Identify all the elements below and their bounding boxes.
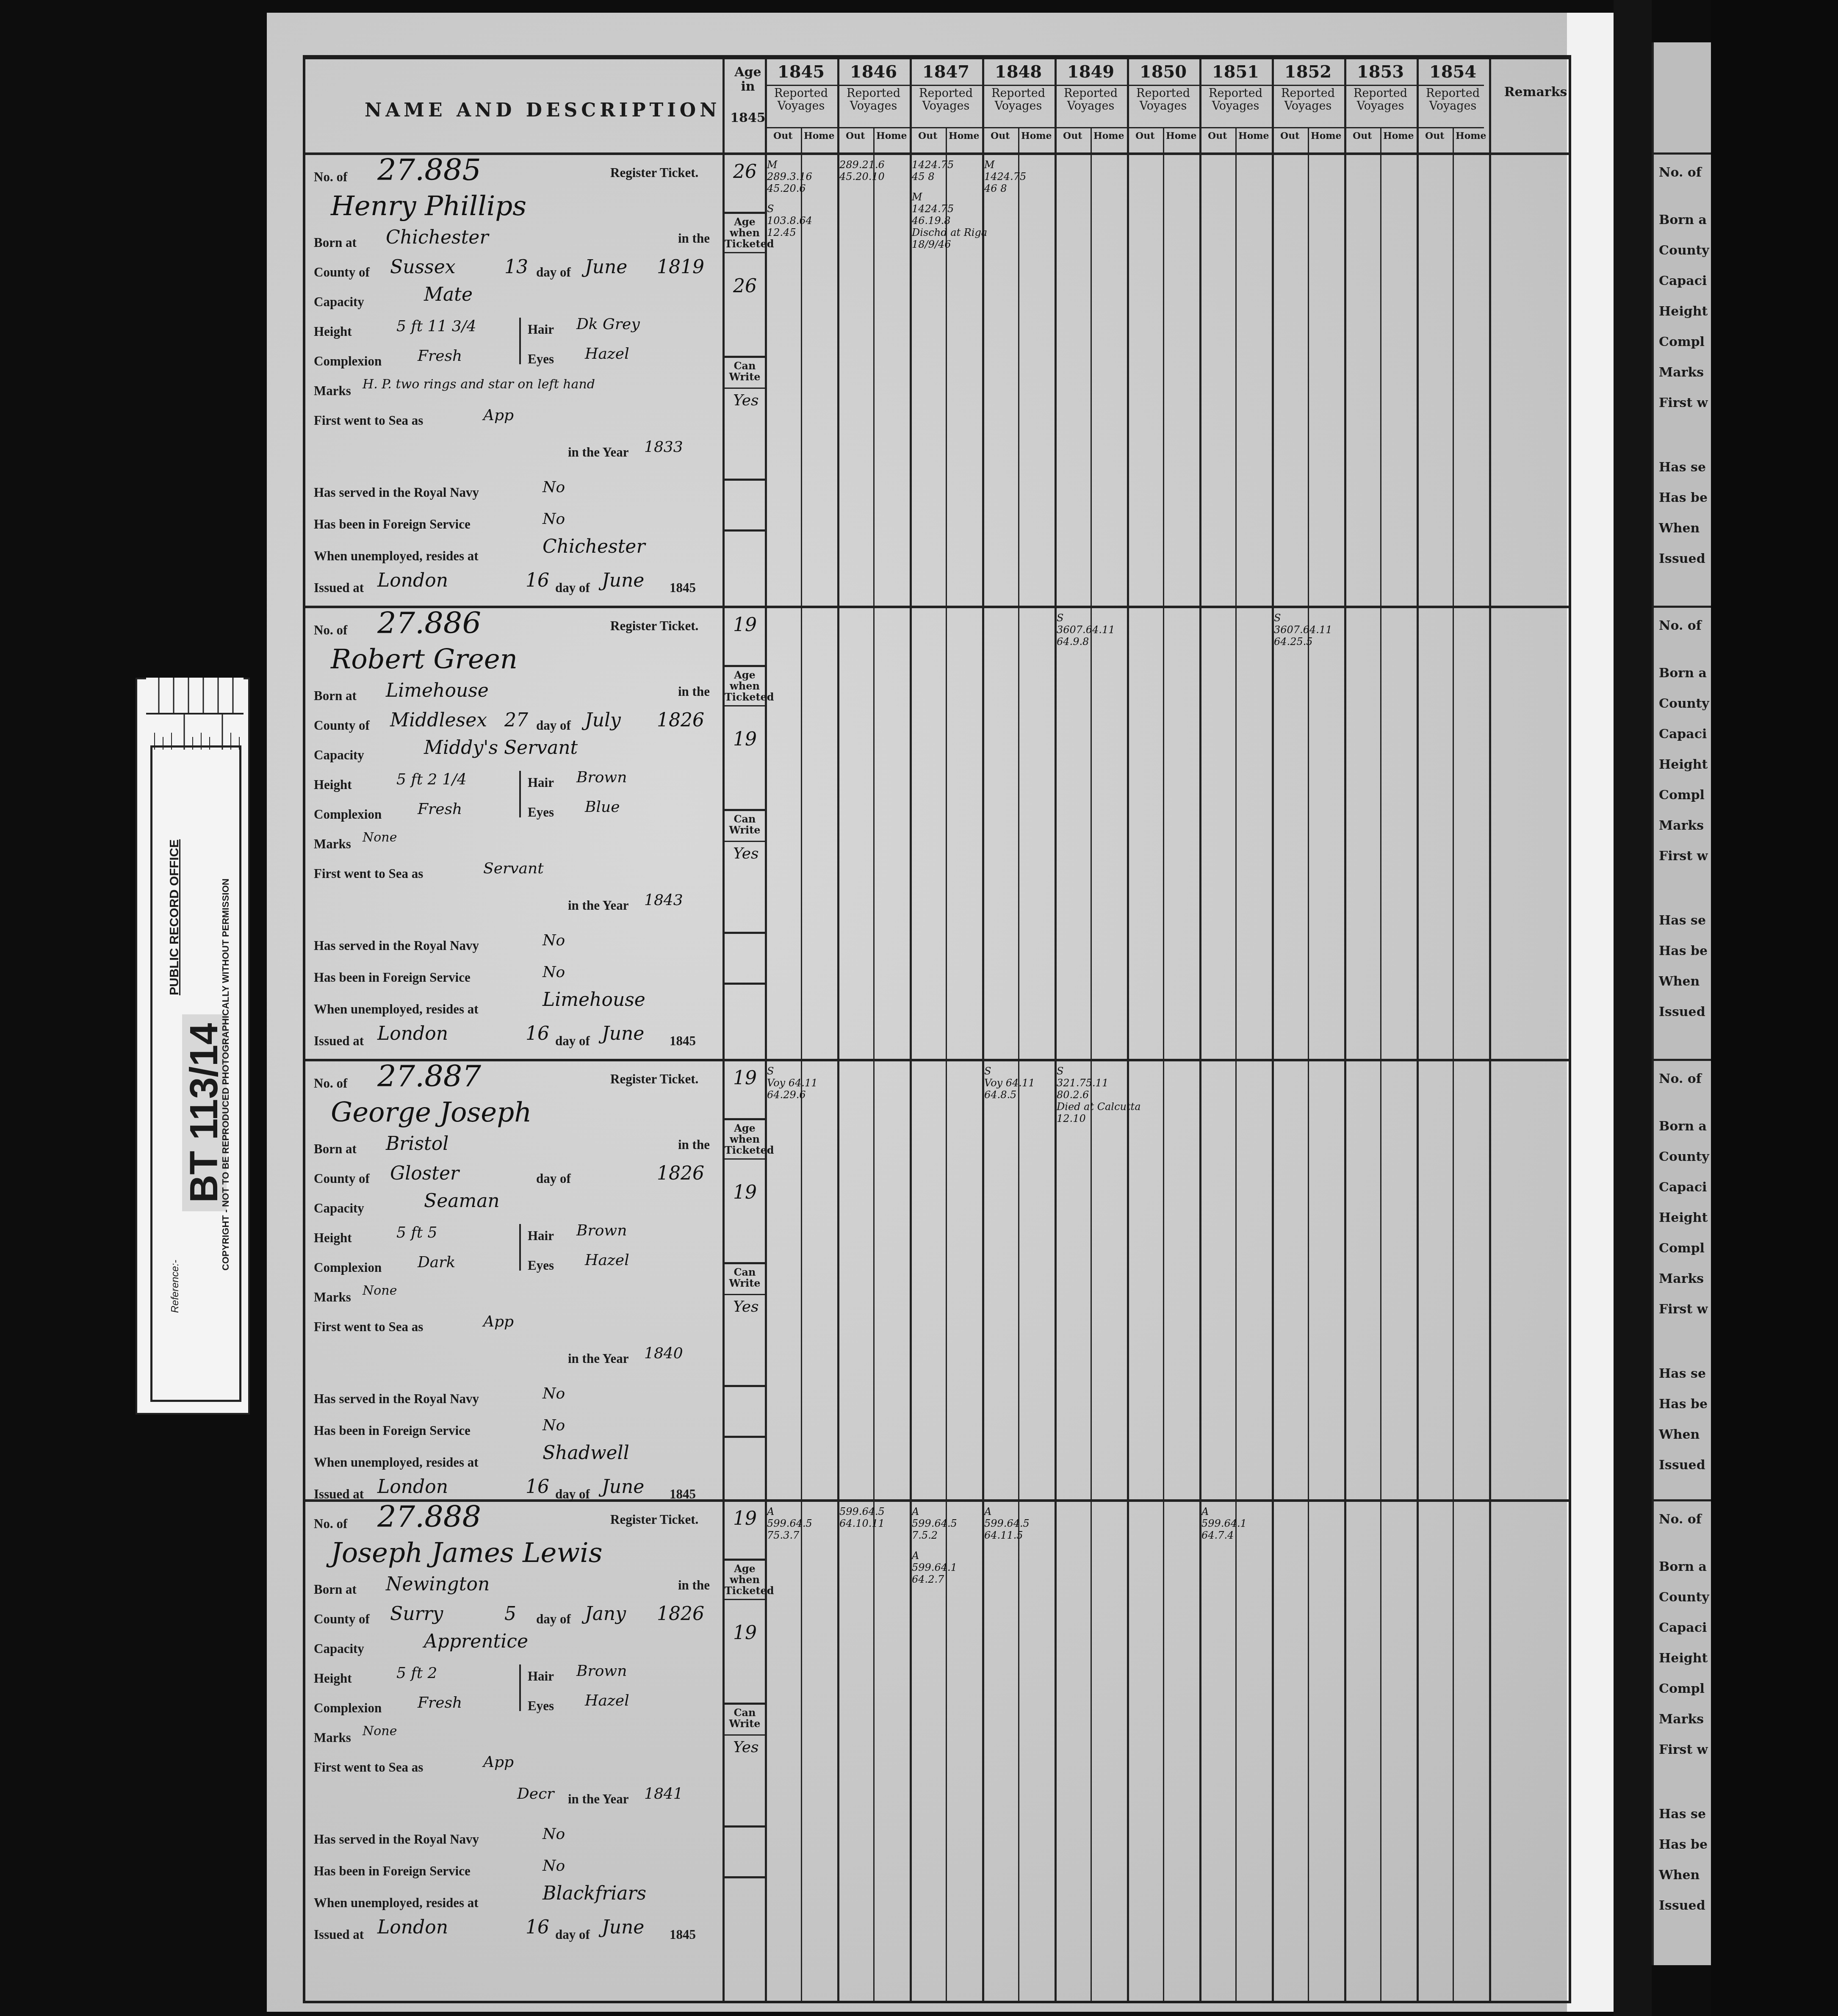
adjacent-page-label: Marks [1659, 818, 1704, 833]
birth-year: 1819 [657, 256, 704, 278]
out-label: Out [765, 130, 801, 141]
year-label: 1852 [1272, 62, 1344, 82]
residence-value: Limehouse [543, 989, 645, 1011]
reported-voyages-label: Reported Voyages [1055, 87, 1127, 113]
can-write-value: Yes [733, 1298, 758, 1315]
voyage-entry: S Voy 64.11 64.29.6 [767, 1065, 817, 1101]
adjacent-page-label: Height [1659, 1210, 1708, 1225]
height-value: 5 ft 5 [396, 1224, 437, 1241]
adjacent-page-label: When [1659, 521, 1700, 536]
reported-voyages-label: Reported Voyages [982, 87, 1055, 113]
residence-value: Shadwell [543, 1442, 629, 1464]
reference-label: Reference:- [169, 1260, 181, 1313]
seaman-name: Joseph James Lewis [331, 1537, 602, 1569]
first-month: Decr [517, 1785, 554, 1803]
copyright-notice: COPYRIGHT - NOT TO BE REPRODUCED PHOTOGR… [220, 878, 231, 1271]
adjacent-page-label: Born a [1659, 1559, 1707, 1574]
reported-voyages-label: Reported Voyages [837, 87, 910, 113]
voyage-entry: S 3607.64.11 64.9.8 [1057, 612, 1115, 648]
out-label: Out [1272, 130, 1308, 141]
year-label: 1847 [910, 62, 982, 82]
height-value: 5 ft 2 1/4 [396, 771, 467, 788]
hair-value: Dk Grey [576, 316, 640, 333]
royal-navy-value: No [543, 1825, 565, 1843]
age-when-ticketed: 26 [733, 275, 757, 297]
adjacent-page-label: Has be [1659, 490, 1708, 505]
first-capacity: App [483, 1313, 514, 1330]
year-column-header-1848: 1848 Reported Voyages OutHome [982, 59, 1055, 152]
birth-year: 1826 [657, 709, 704, 731]
foreign-service-value: No [543, 1417, 565, 1434]
residence-value: Chichester [543, 536, 645, 557]
year-label: 1854 [1417, 62, 1489, 82]
page-edge [1567, 13, 1614, 2012]
marks-value: H. P. two rings and star on left hand [363, 377, 595, 392]
public-record-office-label: PUBLIC RECORD OFFICE [167, 839, 182, 995]
birth-day: 5 [504, 1603, 516, 1625]
year-column-header-1851: 1851 Reported Voyages OutHome [1199, 59, 1272, 152]
issued-day: 16 [526, 1476, 549, 1498]
reported-voyages-label: Reported Voyages [910, 87, 982, 113]
issued-day: 16 [526, 1023, 549, 1044]
home-label: Home [946, 130, 983, 141]
birth-year: 1826 [657, 1163, 704, 1184]
year-label: 1851 [1199, 62, 1272, 82]
adjacent-page-label: Has se [1659, 913, 1706, 928]
adjacent-page-label: Compl [1659, 788, 1705, 803]
complexion-value: Fresh [418, 800, 462, 818]
adjacent-page-label: First w [1659, 396, 1708, 410]
county: Middlesex [390, 709, 487, 731]
adjacent-page-label: County [1659, 696, 1709, 711]
first-capacity: App [483, 407, 514, 424]
remarks-header: Remarks [1500, 85, 1572, 100]
issued-place: London [377, 1476, 448, 1498]
adjacent-page-label: Marks [1659, 1712, 1704, 1727]
age-column-header: Age in 1845 [729, 65, 767, 125]
out-label: Out [910, 130, 946, 141]
hair-value: Brown [576, 1222, 627, 1239]
reported-voyages-label: Reported Voyages [765, 87, 837, 113]
seaman-name: Robert Green [331, 644, 518, 675]
can-write-value: Yes [733, 392, 758, 409]
register-table: NAME AND DESCRIPTION Age in 1845 1845 Re… [303, 55, 1571, 2003]
birth-year: 1826 [657, 1603, 704, 1625]
reported-voyages-label: Reported Voyages [1127, 87, 1199, 113]
year-column-header-1854: 1854 Reported Voyages OutHome [1417, 59, 1489, 152]
adjacent-page-label: Height [1659, 1651, 1708, 1666]
home-label: Home [801, 130, 838, 141]
ticket-number: 27.885 [377, 152, 481, 187]
capacity-value: Mate [424, 284, 473, 305]
adjacent-page-label: Capaci [1659, 1180, 1707, 1195]
adjacent-page-label: No. of [1659, 1512, 1702, 1527]
adjacent-page-label: Height [1659, 304, 1708, 319]
adjacent-page-label: Marks [1659, 365, 1704, 380]
adjacent-page-label: When [1659, 1427, 1700, 1442]
voyage-entry: S Voy 64.11 64.8.5 [984, 1065, 1035, 1101]
adjacent-page-label: Compl [1659, 335, 1705, 349]
issued-year: 1845 [670, 1927, 696, 1942]
adjacent-page-label: No. of [1659, 165, 1702, 180]
capacity-value: Middy's Servant [424, 737, 578, 759]
home-label: Home [1019, 130, 1055, 141]
county: Surry [390, 1603, 443, 1625]
adjacent-page-label: Has be [1659, 1397, 1708, 1412]
issued-place: London [377, 1023, 448, 1044]
voyage-entry: S 103.8.64 12.45 [767, 203, 812, 238]
complexion-value: Fresh [418, 1694, 462, 1711]
birthplace: Limehouse [386, 680, 489, 701]
age-1845: 26 [733, 161, 757, 183]
voyage-entry: 289.21.6 45.20.10 [839, 159, 885, 183]
year-column-header-1849: 1849 Reported Voyages OutHome [1055, 59, 1127, 152]
first-year: 1840 [644, 1345, 683, 1362]
issued-place: London [377, 1916, 448, 1938]
adjacent-page-label: No. of [1659, 618, 1702, 633]
year-column-header-1853: 1853 Reported Voyages OutHome [1344, 59, 1417, 152]
voyage-entry: A 599.64.1 64.7.4 [1201, 1506, 1247, 1541]
adjacent-page-label: Born a [1659, 666, 1707, 681]
can-write-value: Yes [733, 1739, 758, 1756]
issued-day: 16 [526, 570, 549, 591]
issued-month: June [602, 1476, 644, 1498]
capacity-value: Apprentice [424, 1631, 528, 1652]
birthplace: Chichester [386, 227, 488, 248]
adjacent-page-label: Issued [1659, 1005, 1705, 1019]
voyage-entry: A 599.64.5 64.11.5 [984, 1506, 1030, 1541]
foreign-service-value: No [543, 510, 565, 528]
age-when-ticketed: 19 [733, 728, 757, 750]
year-label: 1846 [837, 62, 910, 82]
voyage-entry: S 3607.64.11 64.25.5 [1274, 612, 1332, 648]
birth-day: 13 [504, 256, 528, 278]
year-column-header-1850: 1850 Reported Voyages OutHome [1127, 59, 1199, 152]
birthplace: Bristol [386, 1133, 448, 1155]
birth-month: Jany [585, 1603, 626, 1625]
reported-voyages-label: Reported Voyages [1344, 87, 1417, 113]
birth-month: June [585, 256, 627, 278]
out-label: Out [1199, 130, 1236, 141]
adjacent-page-label: No. of [1659, 1072, 1702, 1086]
issued-year: 1845 [670, 580, 696, 595]
can-write-label: Can Write [725, 1267, 765, 1289]
first-year: 1833 [644, 438, 683, 456]
reported-voyages-label: Reported Voyages [1272, 87, 1344, 113]
seaman-name: Henry Phillips [331, 191, 526, 222]
issued-year: 1845 [670, 1033, 696, 1049]
eyes-value: Hazel [585, 1252, 629, 1269]
out-label: Out [837, 130, 874, 141]
foreign-service-value: No [543, 1857, 565, 1875]
first-year: 1843 [644, 892, 683, 909]
adjacent-page-label: Marks [1659, 1271, 1704, 1286]
county: Gloster [390, 1163, 459, 1184]
name-description-header: NAME AND DESCRIPTION [365, 100, 720, 121]
marks-value: None [363, 1724, 397, 1739]
out-label: Out [1055, 130, 1091, 141]
book-gutter [1614, 0, 1652, 2016]
year-column-header-1852: 1852 Reported Voyages OutHome [1272, 59, 1344, 152]
royal-navy-value: No [543, 1385, 565, 1402]
seaman-name: George Joseph [331, 1097, 531, 1128]
height-value: 5 ft 11 3/4 [396, 318, 476, 335]
complexion-value: Fresh [418, 347, 462, 365]
year-label: 1848 [982, 62, 1055, 82]
can-write-label: Can Write [725, 1707, 765, 1729]
age-when-ticketed-label: Age when Ticketed [725, 1123, 765, 1156]
out-label: Out [1344, 130, 1381, 141]
adjacent-page-label: First w [1659, 1302, 1708, 1317]
age-when-ticketed-label: Age when Ticketed [725, 216, 765, 249]
hair-value: Brown [576, 1662, 627, 1680]
first-capacity: App [483, 1753, 514, 1771]
voyage-entry: A 599.64.1 64.2.7 [912, 1550, 957, 1585]
county: Sussex [390, 256, 456, 278]
complexion-value: Dark [418, 1254, 455, 1271]
issued-place: London [377, 570, 448, 591]
hair-value: Brown [576, 769, 627, 786]
ticket-number: 27.887 [377, 1059, 481, 1094]
adjacent-page-label: Born a [1659, 1119, 1707, 1134]
scale-ruler [146, 678, 244, 750]
voyage-entry: 1424.75 45 8 [912, 159, 954, 183]
adjacent-page-label: Has se [1659, 1807, 1706, 1822]
year-label: 1850 [1127, 62, 1199, 82]
age-when-ticketed-label: Age when Ticketed [725, 1563, 765, 1596]
year-label: 1849 [1055, 62, 1127, 82]
adjacent-page-label: Has se [1659, 1366, 1706, 1381]
adjacent-page-label: Height [1659, 757, 1708, 772]
eyes-value: Blue [585, 798, 620, 816]
year-label: 1845 [765, 62, 837, 82]
home-label: Home [1308, 130, 1345, 141]
voyage-entry: M 289.3.16 45.20.6 [767, 159, 812, 194]
issued-month: June [602, 570, 644, 591]
issued-year: 1845 [670, 1487, 696, 1502]
adjacent-page-label: County [1659, 1149, 1709, 1164]
home-label: Home [874, 130, 910, 141]
residence-value: Blackfriars [543, 1883, 646, 1904]
adjacent-page-label: Issued [1659, 1898, 1705, 1913]
adjacent-page-label: Issued [1659, 551, 1705, 566]
birth-month: July [585, 709, 621, 731]
adjacent-page-label: Has be [1659, 1837, 1708, 1852]
year-column-header-1845: 1845 Reported Voyages OutHome [765, 59, 837, 152]
age-1845: 19 [733, 1067, 757, 1089]
adjacent-page-label: County [1659, 1590, 1709, 1605]
royal-navy-value: No [543, 932, 565, 949]
voyage-entry: M 1424.75 46 8 [984, 159, 1026, 194]
home-label: Home [1453, 130, 1489, 141]
voyage-entry: 599.64.5 64.10.11 [839, 1506, 885, 1529]
adjacent-page-label: Compl [1659, 1241, 1705, 1256]
out-label: Out [982, 130, 1019, 141]
adjacent-page-label: Has be [1659, 944, 1708, 958]
out-label: Out [1417, 130, 1453, 141]
marks-value: None [363, 1283, 397, 1298]
adjacent-page-label: When [1659, 974, 1700, 989]
age-when-ticketed: 19 [733, 1182, 757, 1203]
can-write-label: Can Write [725, 814, 765, 836]
ticket-number: 27.886 [377, 606, 481, 640]
home-label: Home [1381, 130, 1417, 141]
reported-voyages-label: Reported Voyages [1417, 87, 1489, 113]
voyage-entry: A 599.64.5 7.5.2 [912, 1506, 957, 1541]
birth-day: 27 [504, 709, 528, 731]
marks-value: None [363, 830, 397, 845]
age-1845: 19 [733, 1508, 757, 1529]
first-year: 1841 [644, 1785, 683, 1803]
adjacent-page-label: Capaci [1659, 1620, 1707, 1635]
issued-month: June [602, 1023, 644, 1044]
year-column-header-1846: 1846 Reported Voyages OutHome [837, 59, 910, 152]
adjacent-page-label: Issued [1659, 1458, 1705, 1473]
can-write-value: Yes [733, 845, 758, 862]
height-value: 5 ft 2 [396, 1664, 437, 1682]
age-when-ticketed: 19 [733, 1622, 757, 1644]
adjacent-page-label: When [1659, 1868, 1700, 1883]
birthplace: Newington [386, 1573, 490, 1595]
adjacent-page-label: County [1659, 243, 1709, 258]
age-when-ticketed-label: Age when Ticketed [725, 670, 765, 703]
voyage-entry: S 321.75.11 80.2.6 Died at Calcutta 12.1… [1057, 1065, 1141, 1124]
background [1711, 0, 1838, 2016]
can-write-label: Can Write [725, 360, 765, 382]
adjacent-page-label: Capaci [1659, 727, 1707, 742]
adjacent-page-label: First w [1659, 1742, 1708, 1757]
issued-day: 16 [526, 1916, 549, 1938]
reported-voyages-label: Reported Voyages [1199, 87, 1272, 113]
home-label: Home [1236, 130, 1272, 141]
year-label: 1853 [1344, 62, 1417, 82]
capacity-value: Seaman [424, 1190, 500, 1212]
out-label: Out [1127, 130, 1163, 141]
adjacent-page-label: First w [1659, 849, 1708, 864]
eyes-value: Hazel [585, 345, 629, 363]
adjacent-page-label: Born a [1659, 213, 1707, 227]
home-label: Home [1163, 130, 1200, 141]
year-column-header-1847: 1847 Reported Voyages OutHome [910, 59, 982, 152]
adjacent-page-label: Compl [1659, 1681, 1705, 1696]
eyes-value: Hazel [585, 1692, 629, 1709]
voyage-entry: A 599.64.5 75.3.7 [767, 1506, 812, 1541]
age-1845: 19 [733, 614, 757, 636]
ticket-number: 27.888 [377, 1499, 481, 1534]
royal-navy-value: No [543, 479, 565, 496]
voyage-entry: M 1424.75 46.19.8 Dischd at Riga 18/9/46 [912, 191, 987, 250]
issued-month: June [602, 1916, 644, 1938]
first-capacity: Servant [483, 860, 544, 877]
adjacent-page-label: Capaci [1659, 274, 1707, 288]
adjacent-page-label: Has se [1659, 460, 1706, 475]
foreign-service-value: No [543, 964, 565, 981]
adjacent-page: No. ofBorn aCountyCapaciHeightComplMarks… [1652, 42, 1713, 1965]
home-label: Home [1091, 130, 1127, 141]
